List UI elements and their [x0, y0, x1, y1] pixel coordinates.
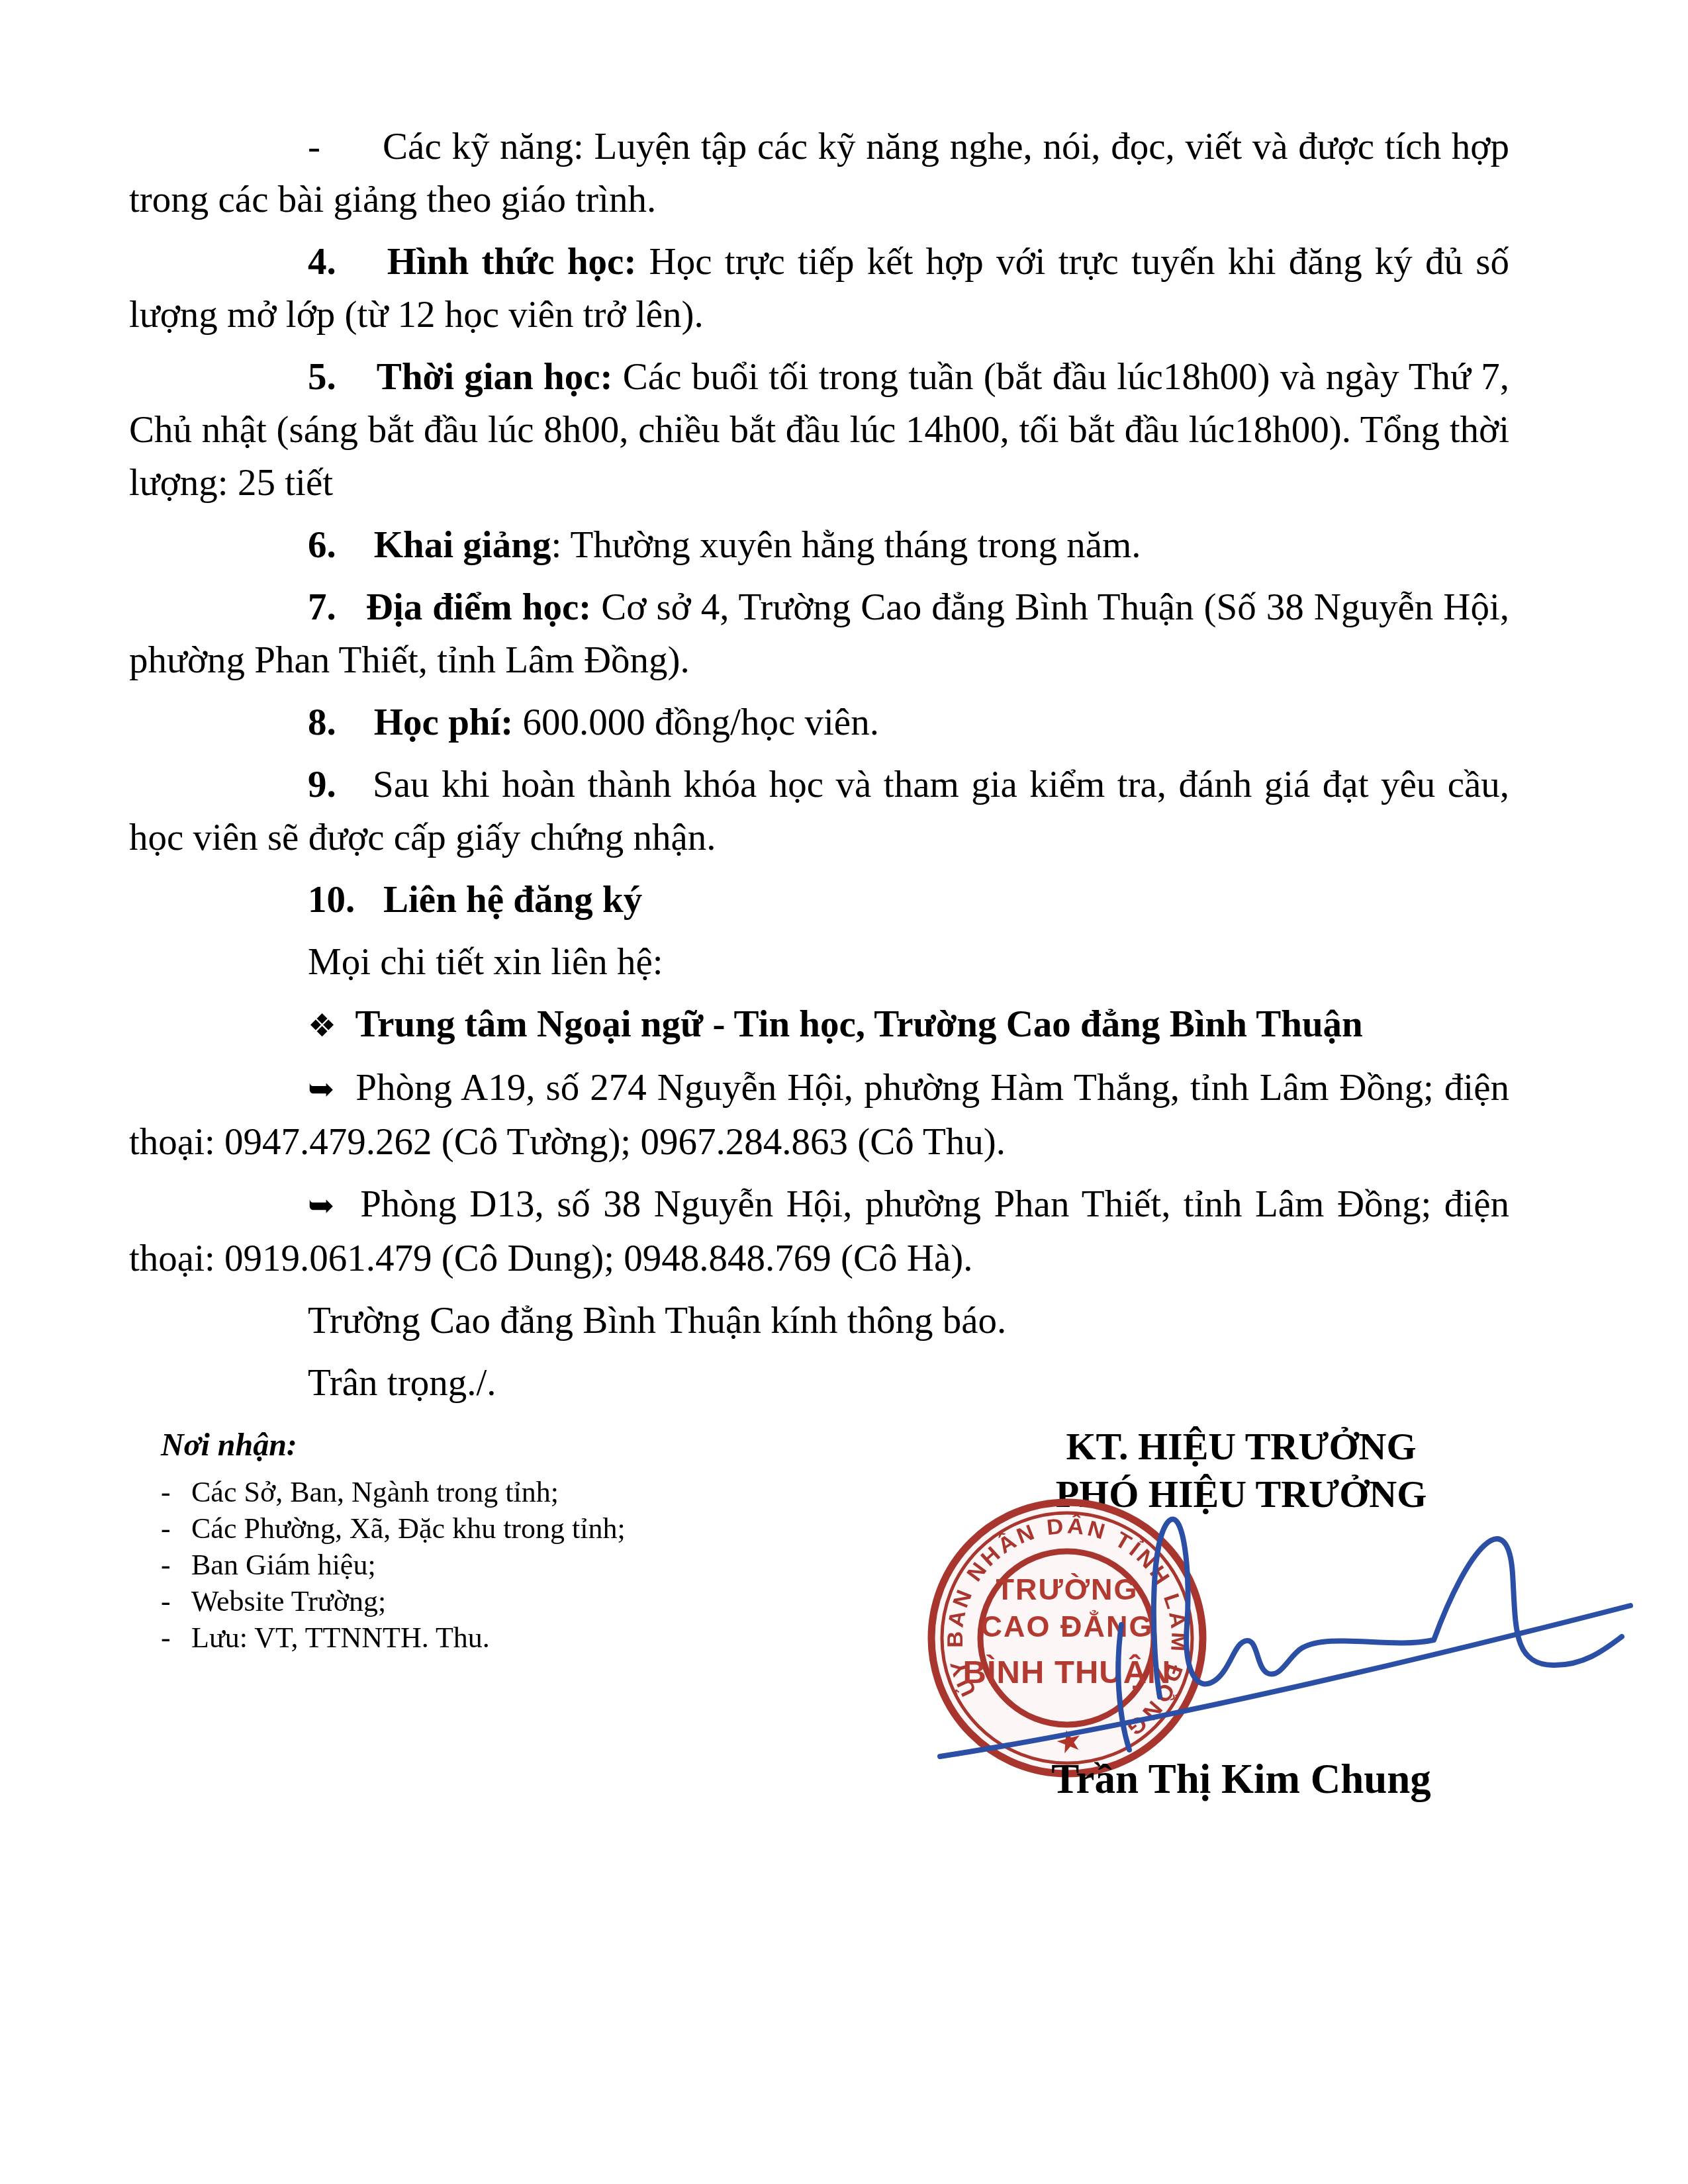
text-run: 7. — [308, 586, 336, 628]
text-run: - Các kỹ năng: Luyện tập các kỹ năng ngh… — [129, 126, 1509, 220]
dash-bullet: - — [161, 1510, 191, 1547]
text-run: 5. — [308, 356, 336, 398]
recipient-item: -Các Phường, Xã, Đặc khu trong tỉnh; — [161, 1510, 626, 1547]
text-run: 10. — [308, 879, 355, 921]
text-run: Địa điểm học: — [366, 586, 591, 628]
paragraph: Trường Cao đẳng Bình Thuận kính thông bá… — [129, 1295, 1509, 1347]
text-run: Mọi chi tiết xin liên hệ: — [308, 941, 663, 983]
curved-arrow-bullet-icon: ➥ — [308, 1187, 334, 1224]
paragraph: 6. Khai giảng: Thường xuyên hằng tháng t… — [129, 519, 1509, 572]
recipient-item: -Ban Giám hiệu; — [161, 1547, 626, 1583]
text-run: Thời gian học: — [377, 356, 613, 398]
text-run — [334, 1183, 360, 1225]
signature-name: Trần Thị Kim Chung — [827, 1755, 1655, 1803]
recipient-text: Website Trường; — [191, 1583, 386, 1619]
dash-bullet: - — [161, 1474, 191, 1510]
text-run: : Thường xuyên hằng tháng trong năm. — [551, 524, 1141, 566]
text-run: 600.000 đồng/học viên. — [513, 702, 879, 743]
text-run: Học phí: — [374, 702, 514, 743]
recipients: Nơi nhận: -Các Sở, Ban, Ngành trong tỉnh… — [161, 1427, 626, 1656]
recipient-text: Các Sở, Ban, Ngành trong tỉnh; — [191, 1474, 559, 1510]
text-run: Trân trọng./. — [308, 1362, 496, 1404]
diamond-bullet-icon: ❖ — [308, 1007, 336, 1044]
paragraph: 9. Sau khi hoàn thành khóa học và tham g… — [129, 758, 1509, 864]
red-stamp: ỦY BAN NHÂN DÂN TỈNH LÂM ĐỒNG ★ TRƯỜNG C… — [916, 1487, 1217, 1784]
paragraph: ➥ Phòng D13, số 38 Nguyễn Hội, phường Ph… — [129, 1178, 1509, 1285]
recipient-text: Lưu: VT, TTNNTH. Thu. — [191, 1619, 490, 1656]
document-body: - Các kỹ năng: Luyện tập các kỹ năng ngh… — [129, 120, 1509, 1419]
paragraph: 10. Liên hệ đăng ký — [129, 874, 1509, 927]
dash-bullet: - — [161, 1547, 191, 1583]
text-run — [355, 879, 383, 921]
paragraph: - Các kỹ năng: Luyện tập các kỹ năng ngh… — [129, 120, 1509, 226]
text-run — [336, 764, 373, 805]
paragraph: 7. Địa điểm học: Cơ sở 4, Trường Cao đẳn… — [129, 581, 1509, 687]
paragraph: 4. Hình thức học: Học trực tiếp kết hợp … — [129, 236, 1509, 341]
recipient-item: -Lưu: VT, TTNNTH. Thu. — [161, 1619, 626, 1656]
text-run — [336, 586, 366, 628]
paragraph: 8. Học phí: 600.000 đồng/học viên. — [129, 696, 1509, 749]
stamp-and-signature: ỦY BAN NHÂN DÂN TỈNH LÂM ĐỒNG ★ TRƯỜNG C… — [861, 1430, 1688, 1893]
paragraph: ➥ Phòng A19, số 274 Nguyễn Hội, phường H… — [129, 1062, 1509, 1169]
recipient-item: -Các Sở, Ban, Ngành trong tỉnh; — [161, 1474, 626, 1510]
recipients-heading: Nơi nhận: — [161, 1427, 626, 1463]
text-run: Trường Cao đẳng Bình Thuận kính thông bá… — [308, 1300, 1006, 1342]
curved-arrow-bullet-icon: ➥ — [308, 1071, 334, 1108]
text-run: Hình thức học: — [387, 241, 637, 283]
text-run: Khai giảng — [374, 524, 551, 566]
text-run: Trung tâm Ngoại ngữ - Tin học, Trường Ca… — [355, 1003, 1363, 1045]
dash-bullet: - — [161, 1583, 191, 1619]
text-run — [336, 356, 377, 398]
text-run: Liên hệ đăng ký — [383, 879, 642, 921]
stamp-center-line-3: BÌNH THUẬN — [963, 1654, 1172, 1690]
text-run: 8. — [308, 702, 336, 743]
recipient-item: -Website Trường; — [161, 1583, 626, 1619]
text-run — [336, 1003, 355, 1045]
stamp-center-line-1: TRƯỜNG — [996, 1572, 1138, 1606]
paragraph: Trân trọng./. — [129, 1357, 1509, 1410]
page: { "document": { "paragraphs": [ {"runs":… — [0, 0, 1688, 2184]
recipients-list: -Các Sở, Ban, Ngành trong tỉnh;-Các Phườ… — [161, 1474, 626, 1656]
text-run — [336, 524, 374, 566]
dash-bullet: - — [161, 1619, 191, 1656]
text-run — [334, 1067, 355, 1109]
text-run: 6. — [308, 524, 336, 566]
paragraph: Mọi chi tiết xin liên hệ: — [129, 936, 1509, 989]
recipient-text: Ban Giám hiệu; — [191, 1547, 376, 1583]
recipient-text: Các Phường, Xã, Đặc khu trong tỉnh; — [191, 1510, 626, 1547]
text-run: 9. — [308, 764, 336, 805]
stamp-center-line-2: CAO ĐẲNG — [981, 1610, 1154, 1643]
text-run: 4. — [308, 241, 336, 283]
text-run — [336, 702, 374, 743]
signature-stroke — [1154, 1519, 1622, 1697]
paragraph: ❖ Trung tâm Ngoại ngữ - Tin học, Trường … — [129, 998, 1509, 1052]
text-run — [336, 241, 387, 283]
paragraph: 5. Thời gian học: Các buổi tối trong tuầ… — [129, 351, 1509, 510]
